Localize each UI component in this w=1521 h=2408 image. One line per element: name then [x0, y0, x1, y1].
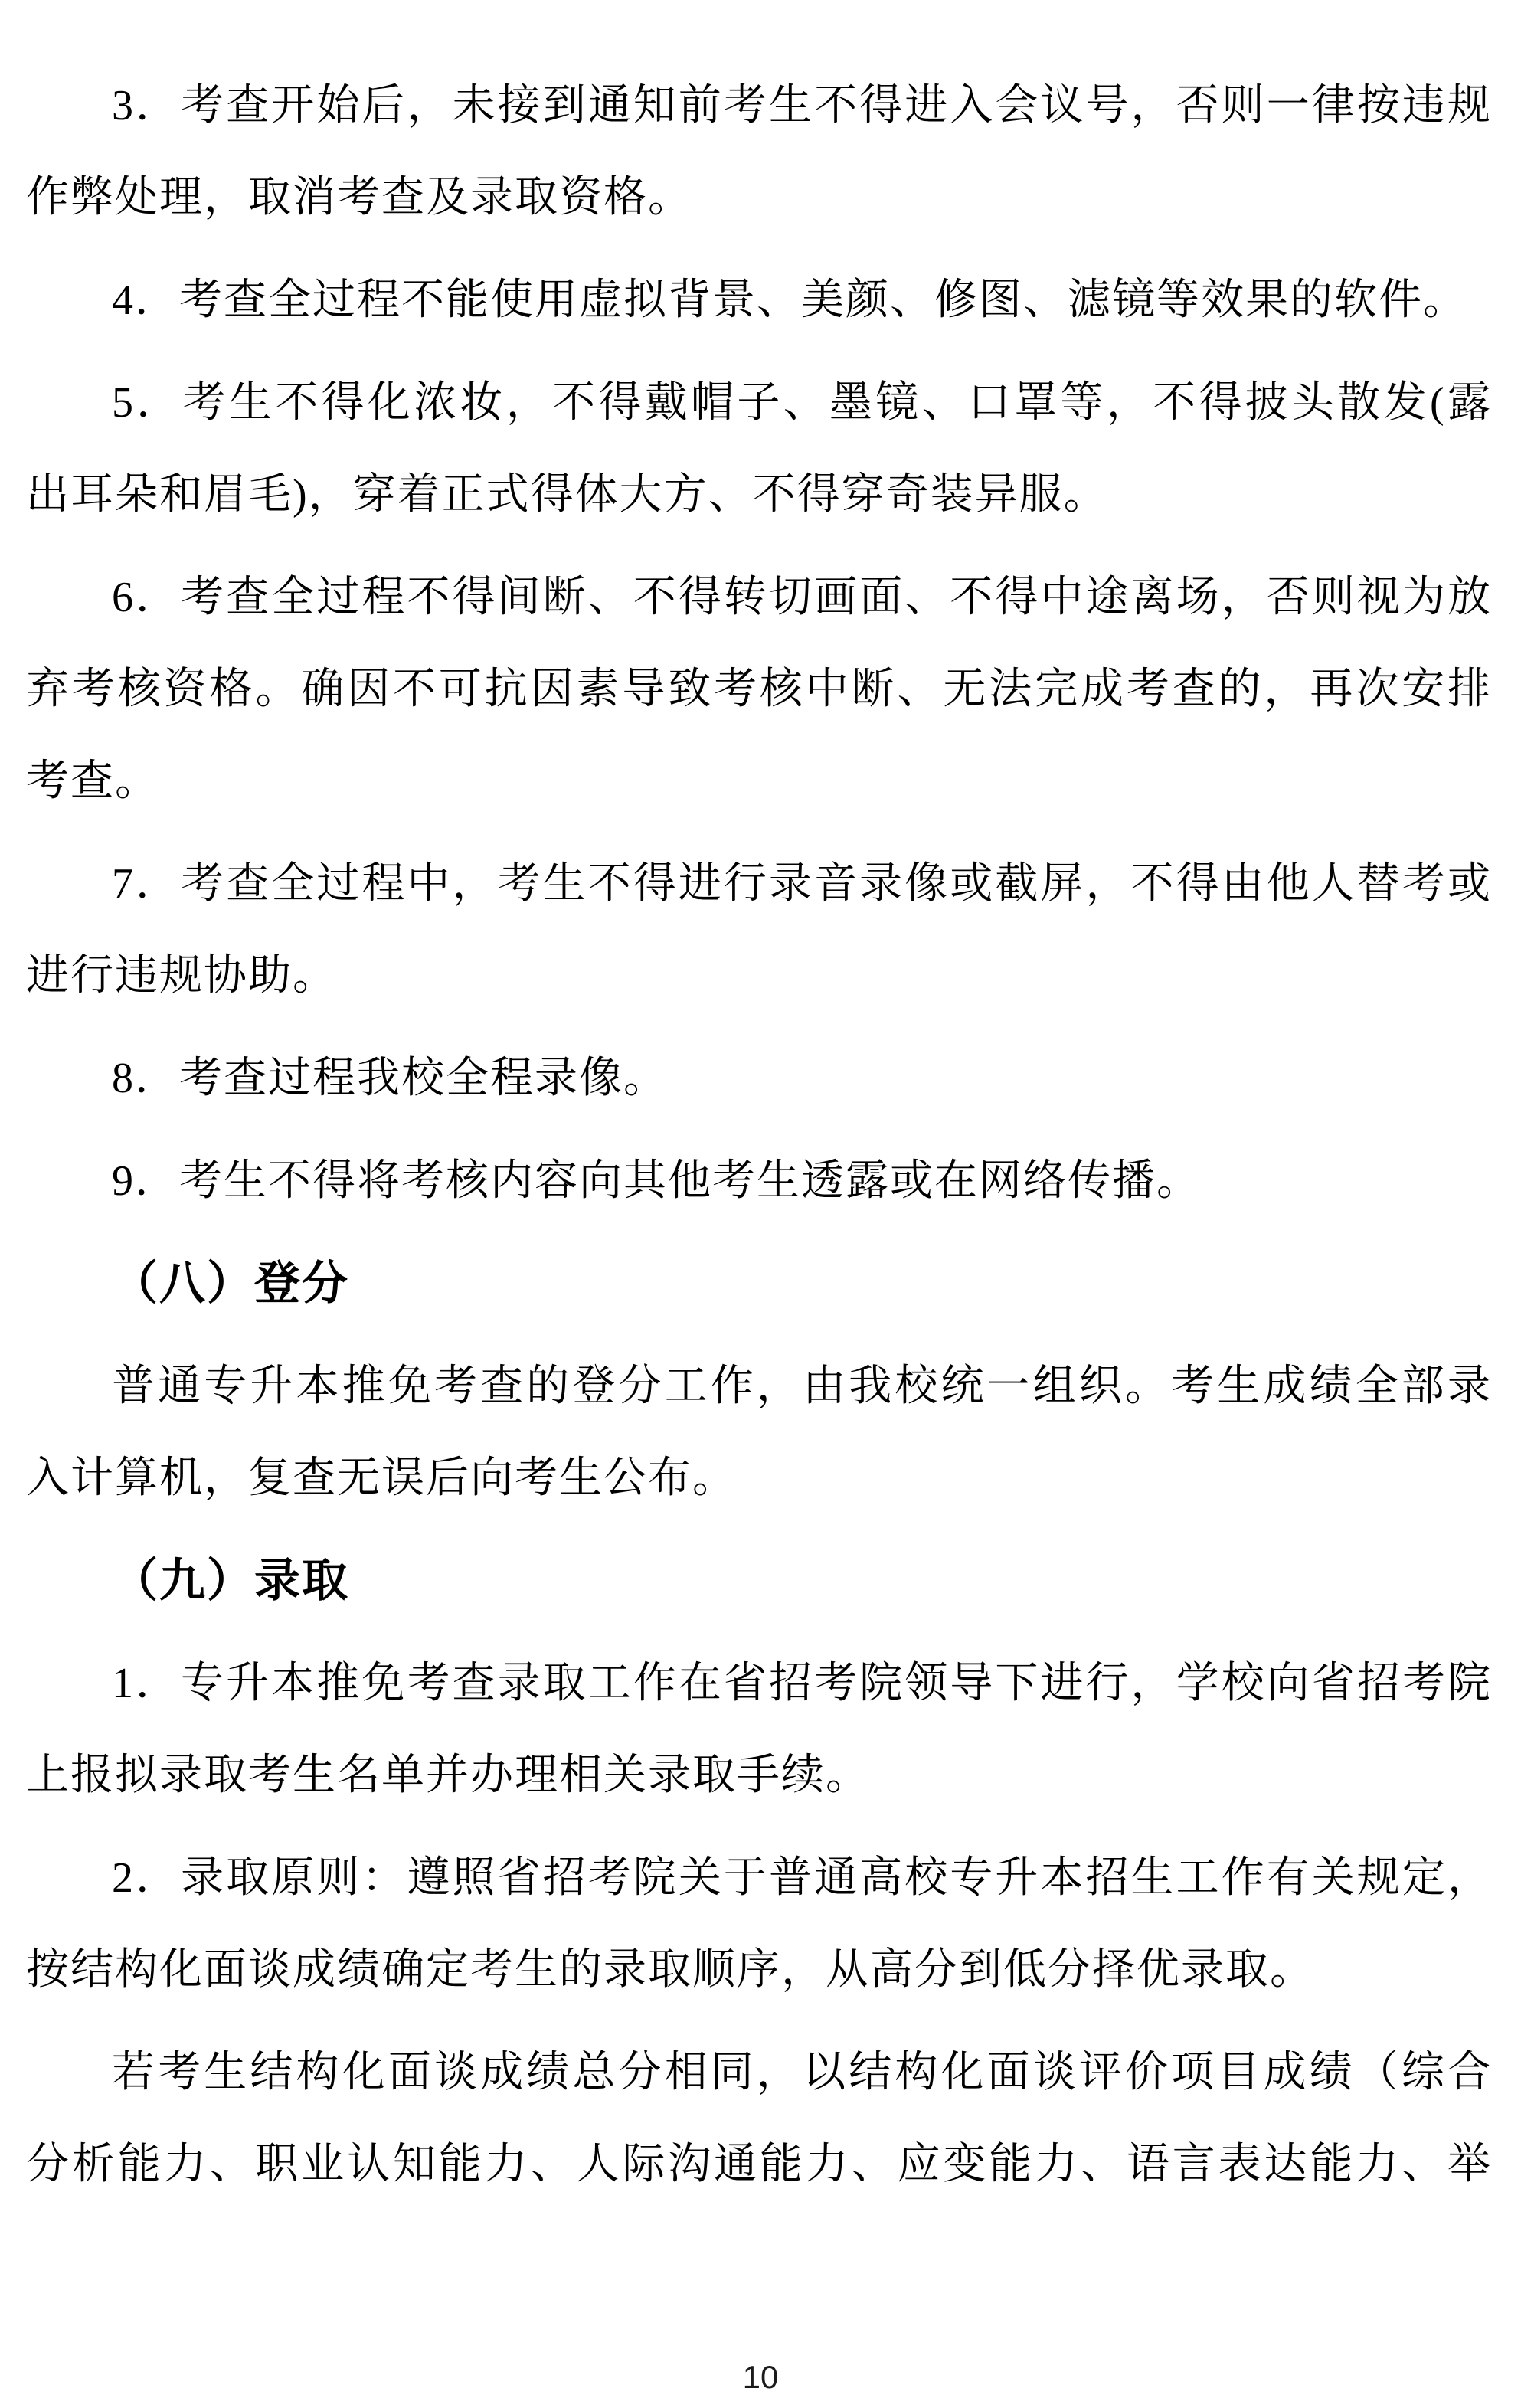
- paragraph-rule-9: 9．考生不得将考核内容向其他考生透露或在网络传播。: [26, 1135, 1490, 1227]
- text-line: 弃考核资格。确因不可抗因素导致考核中断、无法完成考查的，再次安排: [26, 643, 1490, 735]
- paragraph-rule-5: 5．考生不得化浓妆，不得戴帽子、墨镜、口罩等，不得披头散发(露 出耳朵和眉毛)，…: [26, 357, 1490, 541]
- section-heading-8-scoring: （八）登分: [26, 1238, 1490, 1330]
- paragraph-rule-7: 7．考查全过程中，考生不得进行录音录像或截屏，不得由他人替考或 进行违规协助。: [26, 838, 1490, 1022]
- text-line: 普通专升本推免考查的登分工作，由我校统一组织。考生成绩全部录: [26, 1340, 1490, 1432]
- text-line: 9．考生不得将考核内容向其他考生透露或在网络传播。: [26, 1135, 1490, 1227]
- text-line: 若考生结构化面谈成绩总分相同，以结构化面谈评价项目成绩（综合: [26, 2027, 1490, 2118]
- paragraph-rule-8: 8．考查过程我校全程录像。: [26, 1032, 1490, 1124]
- text-line: 分析能力、职业认知能力、人际沟通能力、应变能力、语言表达能力、举: [26, 2118, 1490, 2210]
- paragraph-rule-4: 4．考查全过程不能使用虚拟背景、美颜、修图、滤镜等效果的软件。: [26, 254, 1490, 346]
- paragraph-tiebreak: 若考生结构化面谈成绩总分相同，以结构化面谈评价项目成绩（综合 分析能力、职业认知…: [26, 2027, 1490, 2210]
- text-line: 按结构化面谈成绩确定考生的录取顺序，从高分到低分择优录取。: [26, 1924, 1490, 2016]
- text-line: 考查。: [26, 735, 1490, 827]
- heading-text: （九）录取: [26, 1535, 1490, 1627]
- text-line: 1．专升本推免考查录取工作在省招考院领导下进行，学校向省招考院: [26, 1638, 1490, 1729]
- document-page: 3．考查开始后，未接到通知前考生不得进入会议号，否则一律按违规 作弊处理，取消考…: [0, 0, 1521, 2408]
- text-line: 作弊处理，取消考查及录取资格。: [26, 152, 1490, 244]
- heading-text: （八）登分: [26, 1238, 1490, 1330]
- section-heading-9-admission: （九）录取: [26, 1535, 1490, 1627]
- text-line: 4．考查全过程不能使用虚拟背景、美颜、修图、滤镜等效果的软件。: [26, 254, 1490, 346]
- text-line: 6．考查全过程不得间断、不得转切画面、不得中途离场，否则视为放: [26, 551, 1490, 643]
- paragraph-scoring-body: 普通专升本推免考查的登分工作，由我校统一组织。考生成绩全部录 入计算机，复查无误…: [26, 1340, 1490, 1524]
- paragraph-admission-2: 2．录取原则：遵照省招考院关于普通高校专升本招生工作有关规定， 按结构化面谈成绩…: [26, 1832, 1490, 2016]
- text-line: 5．考生不得化浓妆，不得戴帽子、墨镜、口罩等，不得披头散发(露: [26, 357, 1490, 449]
- text-line: 出耳朵和眉毛)，穿着正式得体大方、不得穿奇装异服。: [26, 449, 1490, 541]
- page-number: 10: [0, 2361, 1521, 2394]
- text-line: 7．考查全过程中，考生不得进行录音录像或截屏，不得由他人替考或: [26, 838, 1490, 930]
- paragraph-rule-3: 3．考查开始后，未接到通知前考生不得进入会议号，否则一律按违规 作弊处理，取消考…: [26, 60, 1490, 244]
- paragraph-rule-6: 6．考查全过程不得间断、不得转切画面、不得中途离场，否则视为放 弃考核资格。确因…: [26, 551, 1490, 827]
- text-line: 2．录取原则：遵照省招考院关于普通高校专升本招生工作有关规定，: [26, 1832, 1490, 1924]
- text-line: 入计算机，复查无误后向考生公布。: [26, 1432, 1490, 1524]
- paragraph-admission-1: 1．专升本推免考查录取工作在省招考院领导下进行，学校向省招考院 上报拟录取考生名…: [26, 1638, 1490, 1821]
- text-line: 进行违规协助。: [26, 930, 1490, 1022]
- text-line: 3．考查开始后，未接到通知前考生不得进入会议号，否则一律按违规: [26, 60, 1490, 152]
- text-line: 8．考查过程我校全程录像。: [26, 1032, 1490, 1124]
- text-line: 上报拟录取考生名单并办理相关录取手续。: [26, 1729, 1490, 1821]
